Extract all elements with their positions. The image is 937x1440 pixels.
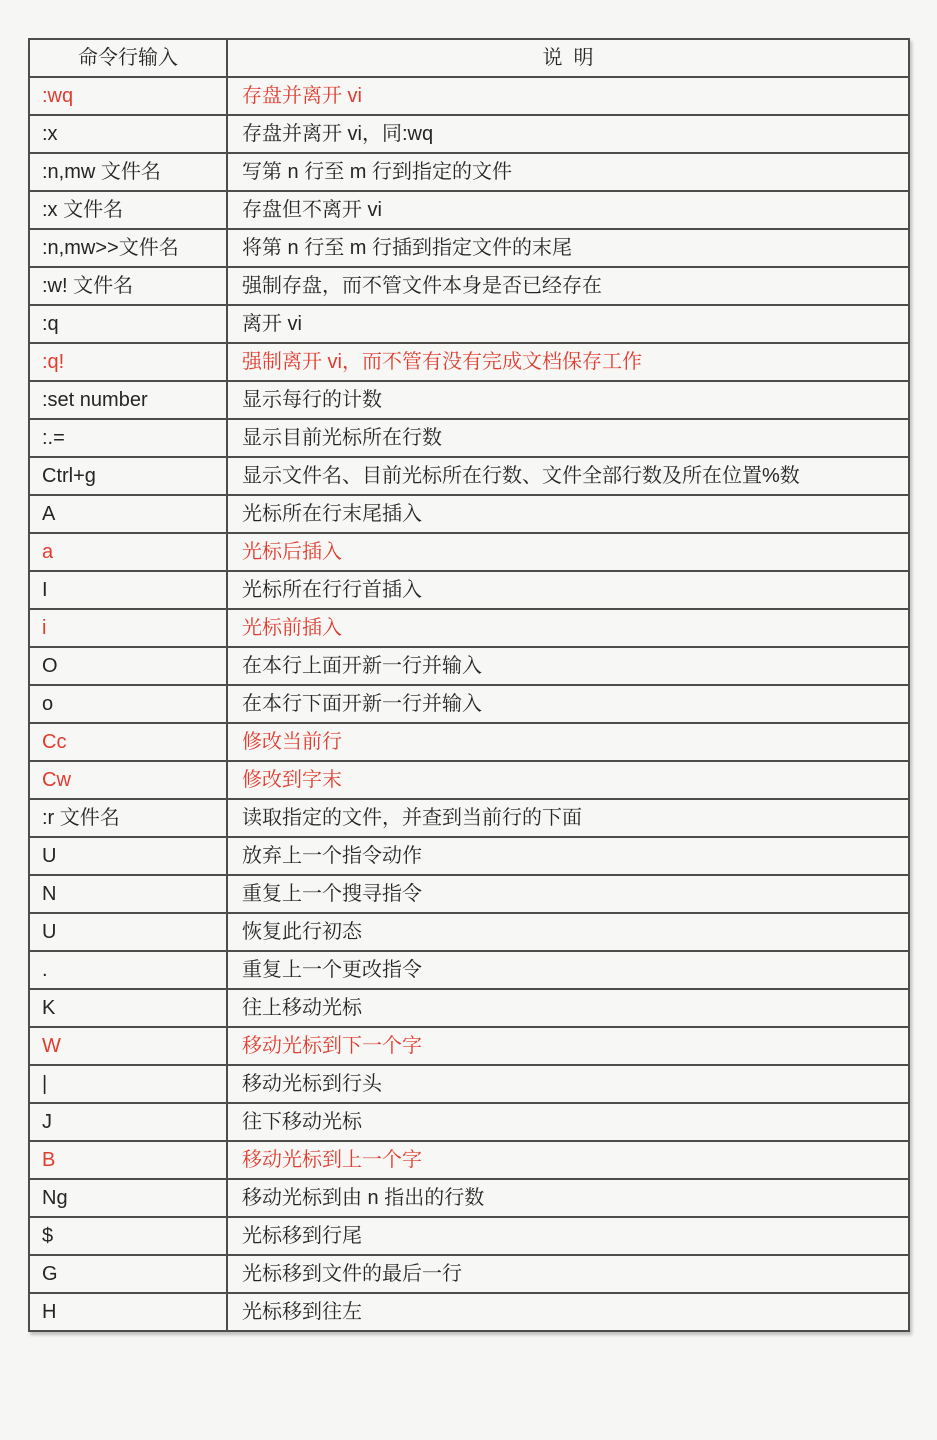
description-cell: 重复上一个更改指令 — [227, 951, 909, 989]
description-cell: 往上移动光标 — [227, 989, 909, 1027]
description-cell: 移动光标到上一个字 — [227, 1141, 909, 1179]
table-row: Cw 修改到字末 — [29, 761, 909, 799]
description-cell: 显示文件名、目前光标所在行数、文件全部行数及所在位置%数 — [227, 457, 909, 495]
description-cell: 将第 n 行至 m 行插到指定文件的末尾 — [227, 229, 909, 267]
description-cell: 在本行下面开新一行并输入 — [227, 685, 909, 723]
page: 命令行输入 说 明 :wq 存盘并离开 vi :x 存盘并离开 vi，同:wq … — [0, 0, 937, 1440]
command-cell: a — [29, 533, 227, 571]
description-cell: 光标后插入 — [227, 533, 909, 571]
vi-command-table: 命令行输入 说 明 :wq 存盘并离开 vi :x 存盘并离开 vi，同:wq … — [28, 38, 910, 1332]
description-cell: 往下移动光标 — [227, 1103, 909, 1141]
description-cell: 在本行上面开新一行并输入 — [227, 647, 909, 685]
table-row: :w! 文件名 强制存盘，而不管文件本身是否已经存在 — [29, 267, 909, 305]
description-cell: 移动光标到行头 — [227, 1065, 909, 1103]
command-cell: $ — [29, 1217, 227, 1255]
command-cell: W — [29, 1027, 227, 1065]
command-cell: O — [29, 647, 227, 685]
table-row: B 移动光标到上一个字 — [29, 1141, 909, 1179]
command-cell: . — [29, 951, 227, 989]
description-cell: 离开 vi — [227, 305, 909, 343]
table-row: :n,mw 文件名 写第 n 行至 m 行到指定的文件 — [29, 153, 909, 191]
command-cell: :x 文件名 — [29, 191, 227, 229]
command-cell: i — [29, 609, 227, 647]
table-row: :set number 显示每行的计数 — [29, 381, 909, 419]
description-cell: 修改到字末 — [227, 761, 909, 799]
description-cell: 光标移到文件的最后一行 — [227, 1255, 909, 1293]
description-cell: 显示目前光标所在行数 — [227, 419, 909, 457]
command-cell: :x — [29, 115, 227, 153]
table-row: a 光标后插入 — [29, 533, 909, 571]
command-cell: U — [29, 913, 227, 951]
description-cell: 光标前插入 — [227, 609, 909, 647]
command-cell: :q — [29, 305, 227, 343]
table-row: A 光标所在行末尾插入 — [29, 495, 909, 533]
command-cell: Cc — [29, 723, 227, 761]
header-command-column: 命令行输入 — [29, 39, 227, 77]
description-cell: 移动光标到下一个字 — [227, 1027, 909, 1065]
table-row: U 恢复此行初态 — [29, 913, 909, 951]
description-cell: 存盘但不离开 vi — [227, 191, 909, 229]
command-cell: o — [29, 685, 227, 723]
description-cell: 强制离开 vi，而不管有没有完成文档保存工作 — [227, 343, 909, 381]
header-description-column: 说 明 — [227, 39, 909, 77]
description-cell: 显示每行的计数 — [227, 381, 909, 419]
command-cell: J — [29, 1103, 227, 1141]
table-row: N 重复上一个搜寻指令 — [29, 875, 909, 913]
description-cell: 恢复此行初态 — [227, 913, 909, 951]
command-cell: | — [29, 1065, 227, 1103]
command-cell: :w! 文件名 — [29, 267, 227, 305]
table-row: i 光标前插入 — [29, 609, 909, 647]
table-row: H 光标移到往左 — [29, 1293, 909, 1331]
command-cell: A — [29, 495, 227, 533]
command-cell: Ctrl+g — [29, 457, 227, 495]
command-cell: B — [29, 1141, 227, 1179]
description-cell: 光标移到行尾 — [227, 1217, 909, 1255]
table-row: J 往下移动光标 — [29, 1103, 909, 1141]
table-row: Ctrl+g 显示文件名、目前光标所在行数、文件全部行数及所在位置%数 — [29, 457, 909, 495]
table-row: G 光标移到文件的最后一行 — [29, 1255, 909, 1293]
description-cell: 移动光标到由 n 指出的行数 — [227, 1179, 909, 1217]
command-cell: :.= — [29, 419, 227, 457]
description-cell: 读取指定的文件，并查到当前行的下面 — [227, 799, 909, 837]
table-row: O 在本行上面开新一行并输入 — [29, 647, 909, 685]
table-row: :.= 显示目前光标所在行数 — [29, 419, 909, 457]
description-cell: 重复上一个搜寻指令 — [227, 875, 909, 913]
table-row: U 放弃上一个指令动作 — [29, 837, 909, 875]
table-row: :wq 存盘并离开 vi — [29, 77, 909, 115]
command-cell: H — [29, 1293, 227, 1331]
description-cell: 写第 n 行至 m 行到指定的文件 — [227, 153, 909, 191]
table-row: :x 文件名 存盘但不离开 vi — [29, 191, 909, 229]
description-cell: 修改当前行 — [227, 723, 909, 761]
description-cell: 光标所在行末尾插入 — [227, 495, 909, 533]
table-row: o 在本行下面开新一行并输入 — [29, 685, 909, 723]
table-row: :r 文件名 读取指定的文件，并查到当前行的下面 — [29, 799, 909, 837]
table-row: . 重复上一个更改指令 — [29, 951, 909, 989]
table-row: :q! 强制离开 vi，而不管有没有完成文档保存工作 — [29, 343, 909, 381]
table-row: Cc 修改当前行 — [29, 723, 909, 761]
table-body: :wq 存盘并离开 vi :x 存盘并离开 vi，同:wq :n,mw 文件名 … — [29, 77, 909, 1331]
command-cell: Cw — [29, 761, 227, 799]
command-cell: :wq — [29, 77, 227, 115]
table-header-row: 命令行输入 说 明 — [29, 39, 909, 77]
table-row: | 移动光标到行头 — [29, 1065, 909, 1103]
command-cell: :n,mw 文件名 — [29, 153, 227, 191]
table-row: :x 存盘并离开 vi，同:wq — [29, 115, 909, 153]
command-cell: Ng — [29, 1179, 227, 1217]
command-cell: :set number — [29, 381, 227, 419]
description-cell: 光标所在行行首插入 — [227, 571, 909, 609]
description-cell: 光标移到往左 — [227, 1293, 909, 1331]
description-cell: 放弃上一个指令动作 — [227, 837, 909, 875]
table-row: Ng 移动光标到由 n 指出的行数 — [29, 1179, 909, 1217]
table-row: $ 光标移到行尾 — [29, 1217, 909, 1255]
table-row: :n,mw>>文件名 将第 n 行至 m 行插到指定文件的末尾 — [29, 229, 909, 267]
command-cell: U — [29, 837, 227, 875]
table-row: :q 离开 vi — [29, 305, 909, 343]
command-cell: I — [29, 571, 227, 609]
table-row: K 往上移动光标 — [29, 989, 909, 1027]
table-row: I 光标所在行行首插入 — [29, 571, 909, 609]
command-cell: :r 文件名 — [29, 799, 227, 837]
command-cell: G — [29, 1255, 227, 1293]
command-cell: :q! — [29, 343, 227, 381]
description-cell: 存盘并离开 vi — [227, 77, 909, 115]
table-row: W 移动光标到下一个字 — [29, 1027, 909, 1065]
command-cell: N — [29, 875, 227, 913]
description-cell: 存盘并离开 vi，同:wq — [227, 115, 909, 153]
command-cell: :n,mw>>文件名 — [29, 229, 227, 267]
command-cell: K — [29, 989, 227, 1027]
description-cell: 强制存盘，而不管文件本身是否已经存在 — [227, 267, 909, 305]
